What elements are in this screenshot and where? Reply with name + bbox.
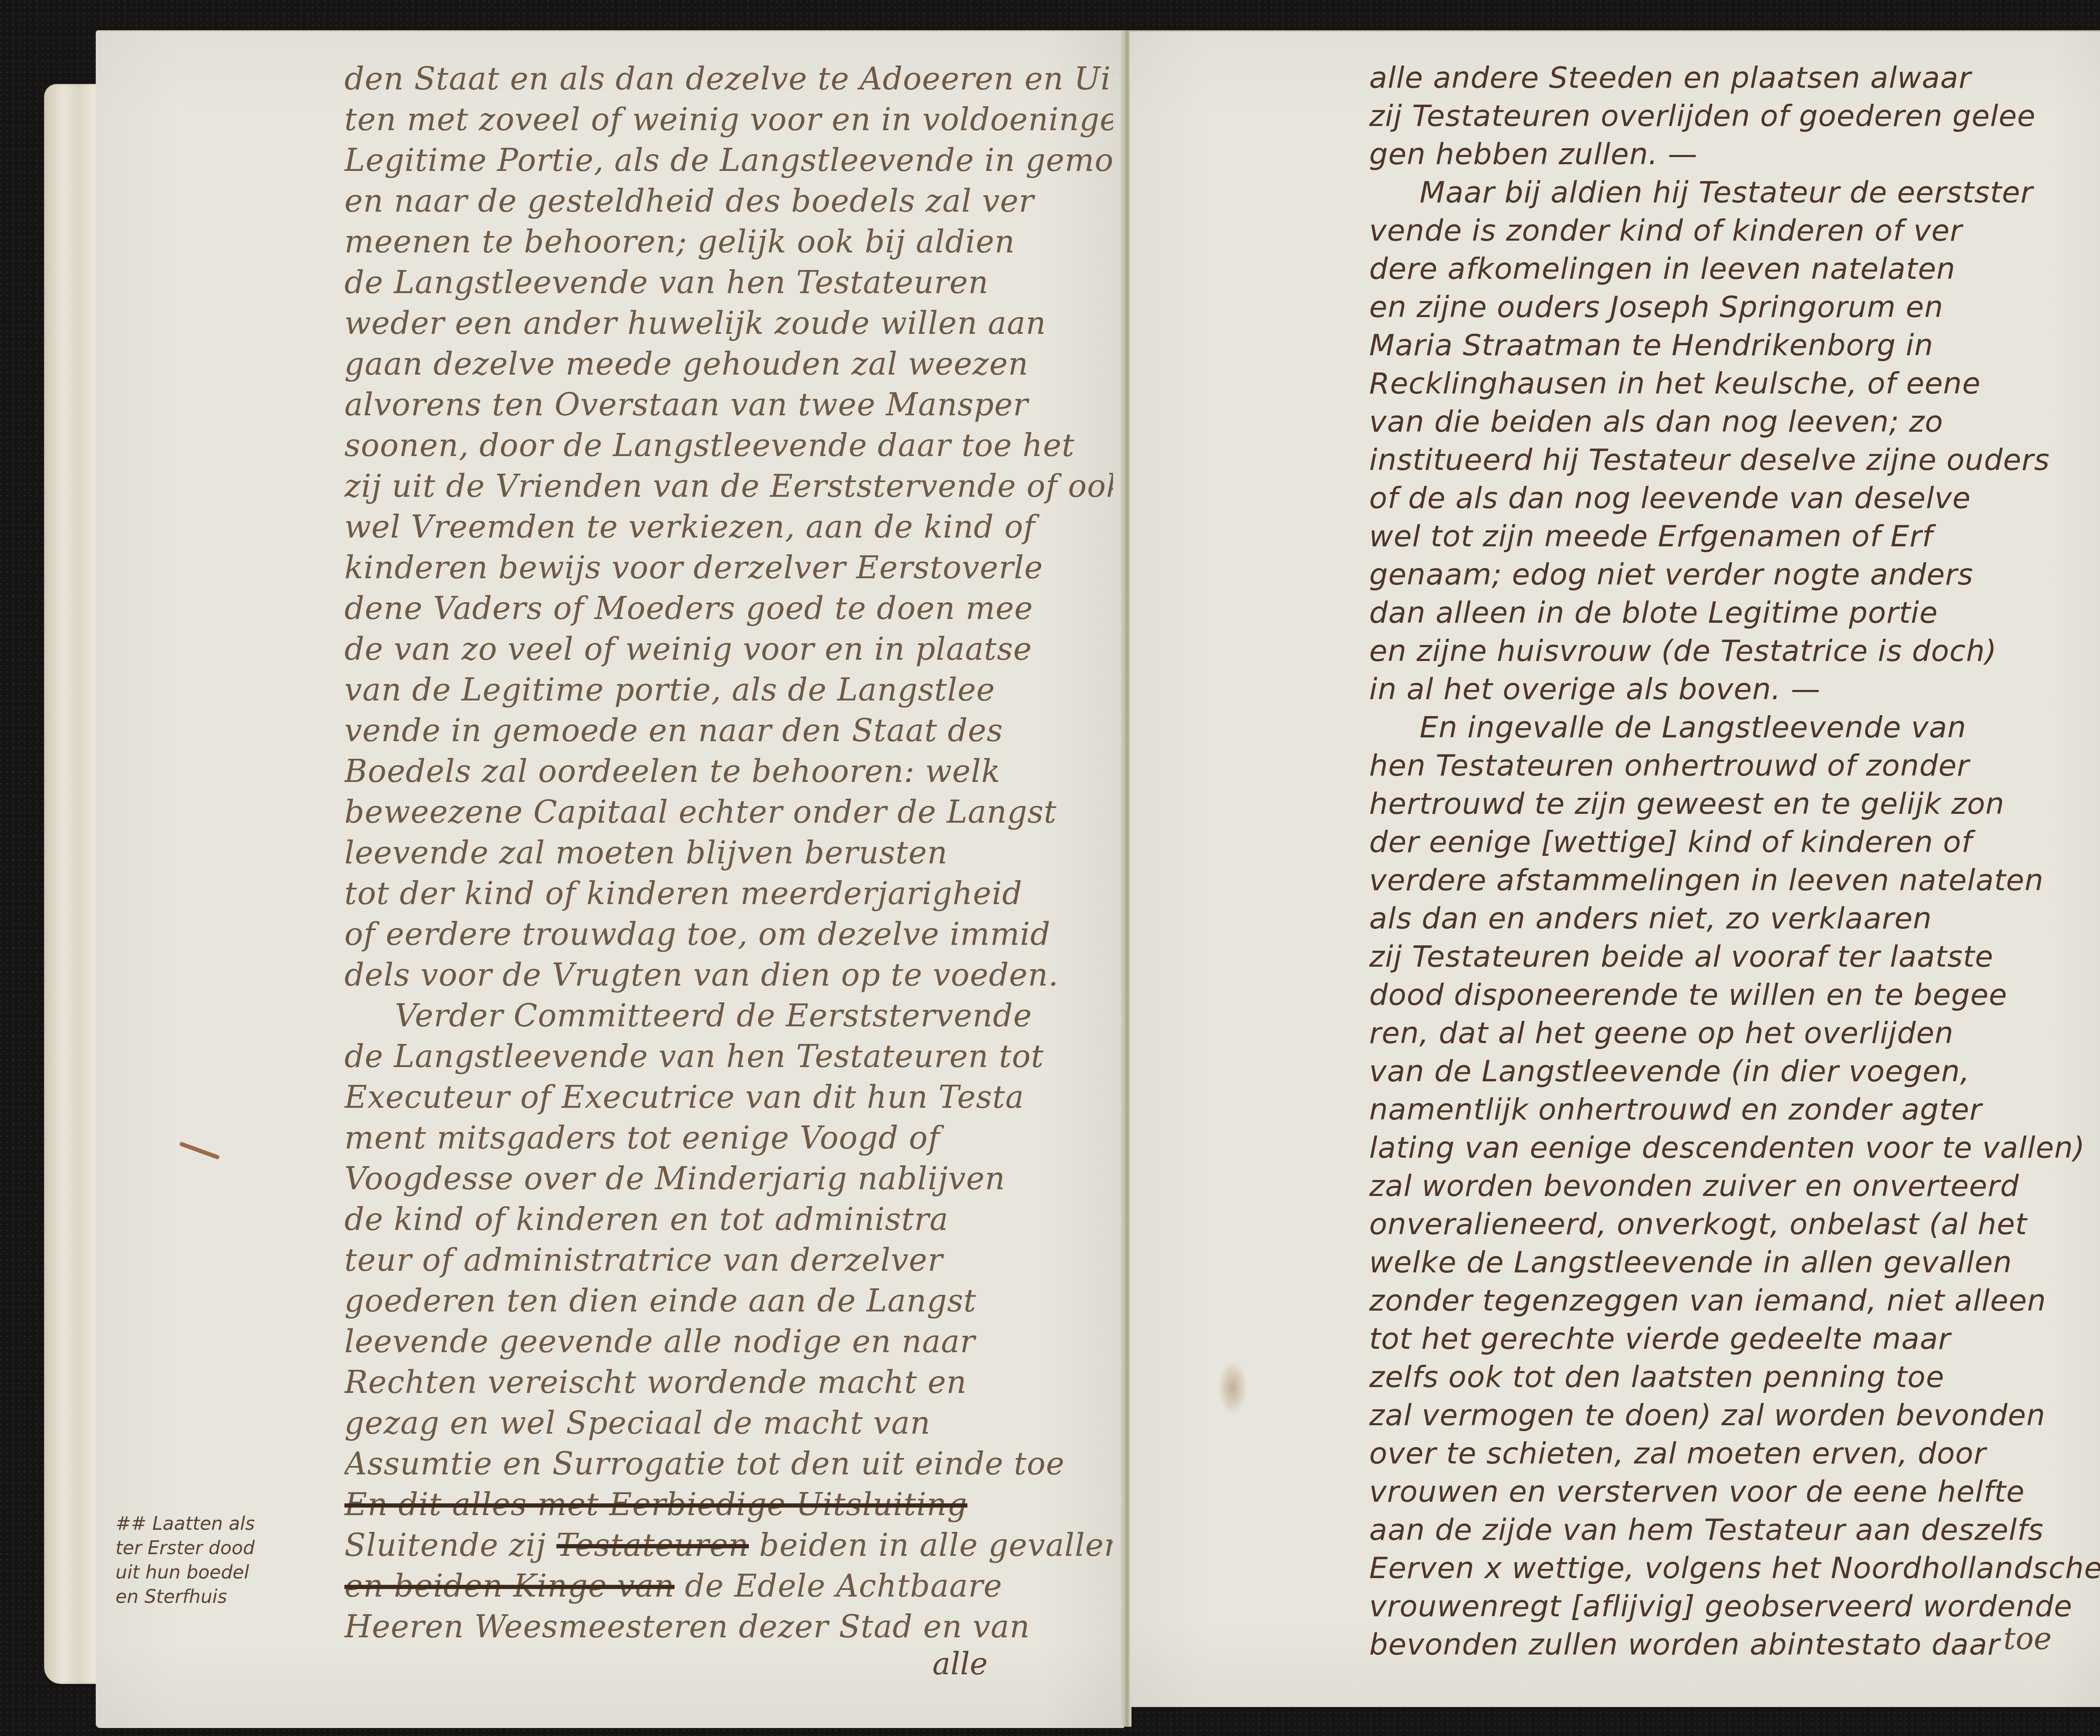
text-line: beweezene Capitaal echter onder de Langs… [344, 792, 1113, 833]
text-line: en zijne huisvrouw (de Testatrice is doc… [1369, 632, 2100, 670]
text-line: welke de Langstleevende in allen gevalle… [1369, 1243, 2100, 1282]
text-line: wel tot zijn meede Erfgenamen of Erf [1369, 517, 2100, 556]
text-line: soonen, door de Langstleevende daar toe … [344, 425, 1113, 466]
text-line: dels voor de Vrugten van dien op te voed… [344, 955, 1113, 996]
text-line: genaam; edog niet verder nogte anders [1369, 556, 2100, 594]
text-line: Boedels zal oordeelen te behooren: welk [344, 751, 1113, 792]
text-line: goederen ten dien einde aan de Langst [344, 1281, 1113, 1322]
text-line: zonder tegenzeggen van iemand, niet alle… [1369, 1282, 2100, 1320]
struck-text-line: Sluitende zij Testateuren beiden in alle… [344, 1525, 1113, 1566]
margin-note: ## Laatten alster Erster dooduit hun boe… [115, 1512, 351, 1609]
text-line: en naar de gesteldheid des boedels zal v… [344, 181, 1113, 222]
text-line: dan alleen in de blote Legitime portie [1369, 594, 2100, 632]
struck-text: En dit alles met Eerbiedige Uitsluiting [344, 1487, 967, 1523]
text-line: ment mitsgaders tot eenige Voogd of [344, 1118, 1113, 1159]
text-line: de Langstleevende van hen Testateuren [344, 262, 1113, 303]
left-page-text: den Staat en als dan dezelve te Adoeeren… [344, 59, 1113, 1647]
text-line: Executeur of Executrice van dit hun Test… [344, 1077, 1113, 1118]
text-line: zij uit de Vrienden van de Eerststervend… [344, 466, 1113, 507]
text-line: vrouwenregt [aflijvig] geobserveerd word… [1369, 1587, 2100, 1626]
text-line: over te schieten, zal moeten erven, door [1369, 1434, 2100, 1473]
text-line: meenen te behooren; gelijk ook bij aldie… [344, 222, 1113, 262]
text-line: ten met zoveel of weinig voor en in vold… [344, 100, 1113, 140]
text-line: hen Testateuren onhertrouwd of zonder [1369, 747, 2100, 785]
text-line: Maria Straatman te Hendrikenborg in [1369, 326, 2100, 365]
text-line: institueerd hij Testateur deselve zijne … [1369, 441, 2100, 479]
text-line: Eerven x wettige, volgens het Noordholla… [1369, 1549, 2100, 1587]
text-line: vende is zonder kind of kinderen of ver [1369, 212, 2100, 250]
text-line: tot het gerechte vierde gedeelte maar [1369, 1320, 2100, 1358]
text-line: zij Testateuren beide al vooraf ter laat… [1369, 938, 2100, 976]
text-line: dere afkomelingen in leeven natelaten [1369, 250, 2100, 288]
margin-note-line: ter Erster dood [115, 1536, 351, 1560]
margin-note-line: uit hun boedel [115, 1560, 351, 1585]
text-line: den Staat en als dan dezelve te Adoeeren… [344, 59, 1113, 100]
text-line: alvorens ten Overstaan van twee Mansper [344, 385, 1113, 425]
text-line: En ingevalle de Langstleevende van [1369, 708, 2100, 747]
text-line: zal worden bevonden zuiver en onverteerd [1369, 1167, 2100, 1205]
text-line: leevende zal moeten blijven berusten [344, 833, 1113, 873]
text-line: als dan en anders niet, zo verklaaren [1369, 899, 2100, 938]
left-catchword: alle [932, 1646, 988, 1681]
line-suffix: beiden in alle gevallen ## wel ter ### [749, 1527, 1113, 1563]
text-line: namentlijk onhertrouwd en zonder agter [1369, 1091, 2100, 1129]
text-line: verdere afstammelingen in leeven natelat… [1369, 861, 2100, 899]
text-line: Maar bij aldien hij Testateur de eerstst… [1369, 173, 2100, 212]
text-line: teur of administratrice van derzelver [344, 1240, 1113, 1281]
text-line: wel Vreemden te verkiezen, aan de kind o… [344, 507, 1113, 548]
text-line: kinderen bewijs voor derzelver Eerstover… [344, 548, 1113, 588]
text-line: bevonden zullen worden abintestato daar [1369, 1626, 2100, 1664]
text-line: de kind of kinderen en tot administra [344, 1199, 1113, 1240]
text-line: de van zo veel of weinig voor en in plaa… [344, 629, 1113, 670]
text-line: zij Testateuren overlijden of goederen g… [1369, 97, 2100, 135]
line-suffix: de Edele Achtbaare [675, 1568, 1002, 1604]
text-line: aan de zijde van hem Testateur aan desze… [1369, 1511, 2100, 1549]
text-line: alle andere Steeden en plaatsen alwaar [1369, 59, 2100, 97]
text-line: gen hebben zullen. — [1369, 135, 2100, 173]
right-page-text: alle andere Steeden en plaatsen alwaarzi… [1369, 59, 2100, 1664]
text-line: de Langstleevende van hen Testateuren to… [344, 1036, 1113, 1077]
text-line: leevende geevende alle nodige en naar [344, 1322, 1113, 1362]
text-line: Rechten vereischt wordende macht en [344, 1362, 1113, 1403]
text-line: gezag en wel Speciaal de macht van [344, 1403, 1113, 1444]
text-line: weder een ander huwelijk zoude willen aa… [344, 303, 1113, 344]
text-line: der eenige [wettige] kind of kinderen of [1369, 823, 2100, 861]
text-line: tot der kind of kinderen meerderjarighei… [344, 873, 1113, 914]
ink-stain [1218, 1361, 1247, 1415]
text-line: dood disponeerende te willen en te begee [1369, 976, 2100, 1014]
text-line: of de als dan nog leevende van deselve [1369, 479, 2100, 517]
text-line: Voogdesse over de Minderjarig nablijven [344, 1159, 1113, 1199]
text-line: Recklinghausen in het keulsche, of eene [1369, 365, 2100, 403]
text-line: Legitime Portie, als de Langstleevende i… [344, 140, 1113, 181]
text-line: lating van eenige descendenten voor te v… [1369, 1129, 2100, 1167]
margin-note-line: en Sterfhuis [115, 1585, 351, 1609]
struck-text: en beiden Kinge van [344, 1568, 675, 1604]
struck-text: Testateuren [556, 1527, 749, 1563]
text-line: zelfs ook tot den laatsten penning toe [1369, 1358, 2100, 1396]
struck-text-line: En dit alles met Eerbiedige Uitsluiting [344, 1484, 1113, 1525]
text-line: Heeren Weesmeesteren dezer Stad en van [344, 1607, 1113, 1647]
text-line: van de Legitime portie, als de Langstlee [344, 670, 1113, 711]
text-line: hertrouwd te zijn geweest en te gelijk z… [1369, 785, 2100, 823]
text-line: vende in gemoede en naar den Staat des [344, 711, 1113, 751]
text-line: ren, dat al het geene op het overlijden [1369, 1014, 2100, 1052]
text-line: Verder Committeerd de Eerststervende [344, 996, 1113, 1036]
right-catchword: toe [2003, 1621, 2052, 1656]
text-line: in al het overige als boven. — [1369, 670, 2100, 708]
text-line: vrouwen en versterven voor de eene helft… [1369, 1473, 2100, 1511]
text-line: gaan dezelve meede gehouden zal weezen [344, 344, 1113, 385]
text-line: en zijne ouders Joseph Springorum en [1369, 288, 2100, 326]
struck-text-line: en beiden Kinge van de Edele Achtbaare [344, 1566, 1113, 1607]
text-line: dene Vaders of Moeders goed te doen mee [344, 588, 1113, 629]
margin-note-line: ## Laatten als [115, 1512, 351, 1536]
text-line: van de Langstleevende (in dier voegen, [1369, 1052, 2100, 1091]
text-line: zal vermogen te doen) zal worden bevonde… [1369, 1396, 2100, 1434]
text-line: van die beiden als dan nog leeven; zo [1369, 403, 2100, 441]
line-prefix: Sluitende zij [344, 1527, 556, 1563]
text-line: of eerdere trouwdag toe, om dezelve immi… [344, 914, 1113, 955]
text-line: Assumtie en Surrogatie tot den uit einde… [344, 1444, 1113, 1484]
text-line: onveralieneerd, onverkogt, onbelast (al … [1369, 1205, 2100, 1243]
